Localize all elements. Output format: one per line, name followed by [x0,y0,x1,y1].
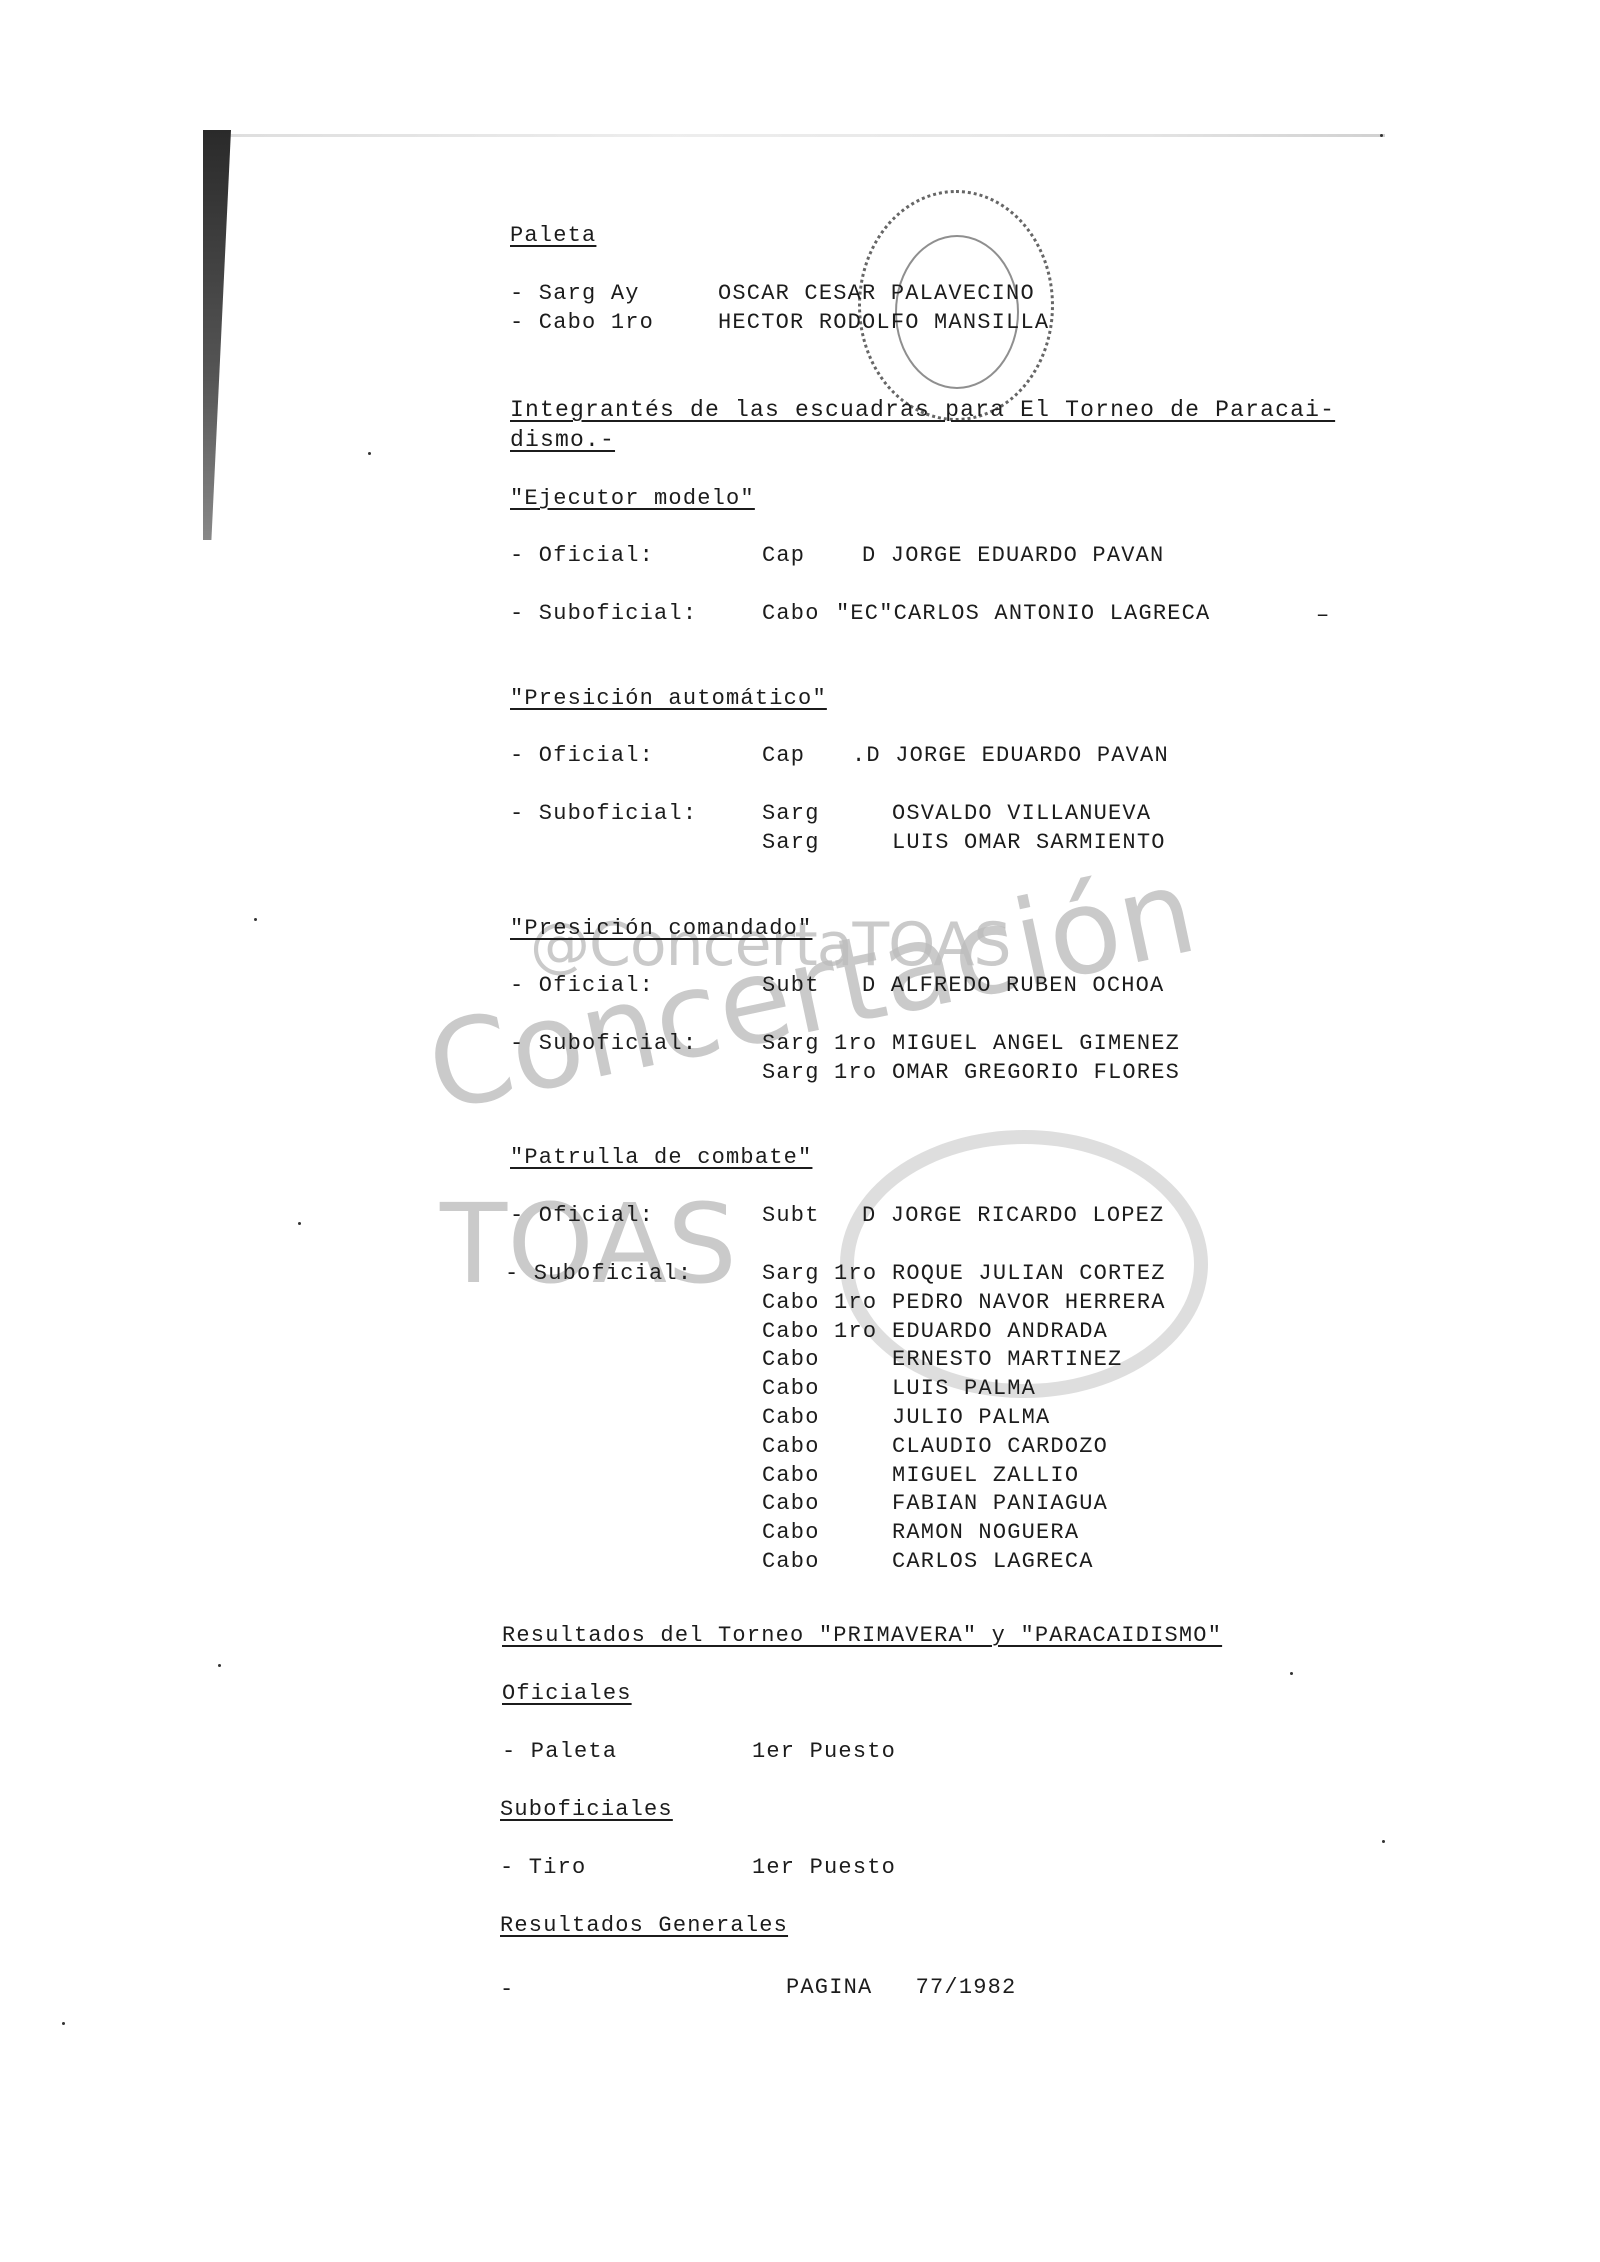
suboficial-name: CLAUDIO CARDOZO [892,1433,1108,1461]
suboficial-rank: Cabo [762,600,820,628]
suboficial-rank: Sarg 1ro [762,1030,877,1058]
suboficial-name: ROQUE JULIAN CORTEZ [892,1260,1166,1288]
suboficial-label: - Suboficial: [505,1260,692,1288]
suboficial-name: OSVALDO VILLANUEVA [892,800,1151,828]
paleta-heading: Paleta [510,222,596,250]
squad-title: "Presición automático" [510,685,827,713]
oficiales-place: 1er Puesto [752,1738,896,1766]
suboficial-label: - Suboficial: [510,800,697,828]
suboficial-name: EDUARDO ANDRADA [892,1318,1108,1346]
oficiales-event: - Paleta [502,1738,617,1766]
suboficial-rank: Sarg [762,829,820,857]
squad-title: "Presición comandado" [510,915,812,943]
page-number: PAGINA 77/1982 [786,1974,1016,2002]
general-results-heading: Resultados Generales [500,1912,788,1940]
suboficial-name: ERNESTO MARTINEZ [892,1346,1122,1374]
suboficiales-event: - Tiro [500,1854,586,1882]
general-dash: - [500,1976,514,2004]
oficial-rank: Subt [762,972,820,1000]
suboficial-name: "EC"CARLOS ANTONIO LAGRECA [836,600,1210,628]
suboficial-label: - Suboficial: [510,1030,697,1058]
scan-speck [368,452,371,455]
squad-title: "Ejecutor modelo" [510,485,755,513]
page-edge-shadow-left [203,130,231,540]
suboficiales-heading: Suboficiales [500,1796,673,1824]
suboficial-rank: Cabo [762,1462,820,1490]
scan-speck [1380,134,1383,137]
paleta-rank-2: - Cabo 1ro [510,309,654,337]
suboficial-rank: Cabo [762,1375,820,1403]
scan-speck [1290,1672,1293,1675]
oficial-label: - Oficial: [510,1202,654,1230]
suboficial-rank: Cabo 1ro [762,1318,877,1346]
oficial-name: D JORGE EDUARDO PAVAN [862,542,1164,570]
oficial-name: D JORGE RICARDO LOPEZ [862,1202,1164,1230]
suboficial-name: FABIAN PANIAGUA [892,1490,1108,1518]
paleta-rank-1: - Sarg Ay [510,280,640,308]
paleta-name-1: OSCAR CESAR PALAVECINO [718,280,1035,308]
suboficial-name: LUIS OMAR SARMIENTO [892,829,1166,857]
squads-heading-line2: dismo.- [510,426,615,454]
oficial-rank: Subt [762,1202,820,1230]
suboficial-label: - Suboficial: [510,600,697,628]
suboficial-name: MIGUEL ANGEL GIMENEZ [892,1030,1180,1058]
suboficial-rank: Cabo [762,1433,820,1461]
suboficial-rank: Cabo [762,1346,820,1374]
suboficial-rank: Sarg [762,800,820,828]
suboficial-rank: Cabo [762,1490,820,1518]
squads-heading-line1: Integrantés de las escuadras para El Tor… [510,396,1335,424]
scan-speck [254,918,257,921]
oficial-label: - Oficial: [510,542,654,570]
oficial-label: - Oficial: [510,972,654,1000]
scan-speck [1382,1840,1385,1843]
suboficial-name: CARLOS LAGRECA [892,1548,1094,1576]
suboficial-name: MIGUEL ZALLIO [892,1462,1079,1490]
oficial-label: - Oficial: [510,742,654,770]
suboficial-rank: Cabo [762,1519,820,1547]
watermark-toas: TOAS [440,1180,737,1308]
suboficial-rank: Sarg 1ro [762,1260,877,1288]
scan-speck [62,2022,65,2025]
suboficial-rank: Sarg 1ro [762,1059,877,1087]
scan-speck [298,1222,301,1225]
suboficial-name: RAMON NOGUERA [892,1519,1079,1547]
oficiales-heading: Oficiales [502,1680,632,1708]
paleta-name-2: HECTOR RODOLFO MANSILLA [718,309,1049,337]
suboficial-rank: Cabo 1ro [762,1289,877,1317]
suboficial-name: OMAR GREGORIO FLORES [892,1059,1180,1087]
results-heading: Resultados del Torneo "PRIMAVERA" y "PAR… [502,1622,1222,1650]
suboficial-rank: Cabo [762,1404,820,1432]
squad-title: "Patrulla de combate" [510,1144,812,1172]
scan-speck [218,1664,221,1667]
oficial-name: D ALFREDO RUBEN OCHOA [862,972,1164,1000]
suboficial-rank: Cabo [762,1548,820,1576]
suboficial-name: LUIS PALMA [892,1375,1036,1403]
suboficial-name: PEDRO NAVOR HERRERA [892,1289,1166,1317]
page-edge-shadow-top [205,134,1385,137]
suboficial-name: JULIO PALMA [892,1404,1050,1432]
suboficiales-place: 1er Puesto [752,1854,896,1882]
stray-mark: – [1316,602,1330,630]
oficial-rank: Cap [762,542,805,570]
oficial-name: .D JORGE EDUARDO PAVAN [852,742,1169,770]
oficial-rank: Cap [762,742,805,770]
